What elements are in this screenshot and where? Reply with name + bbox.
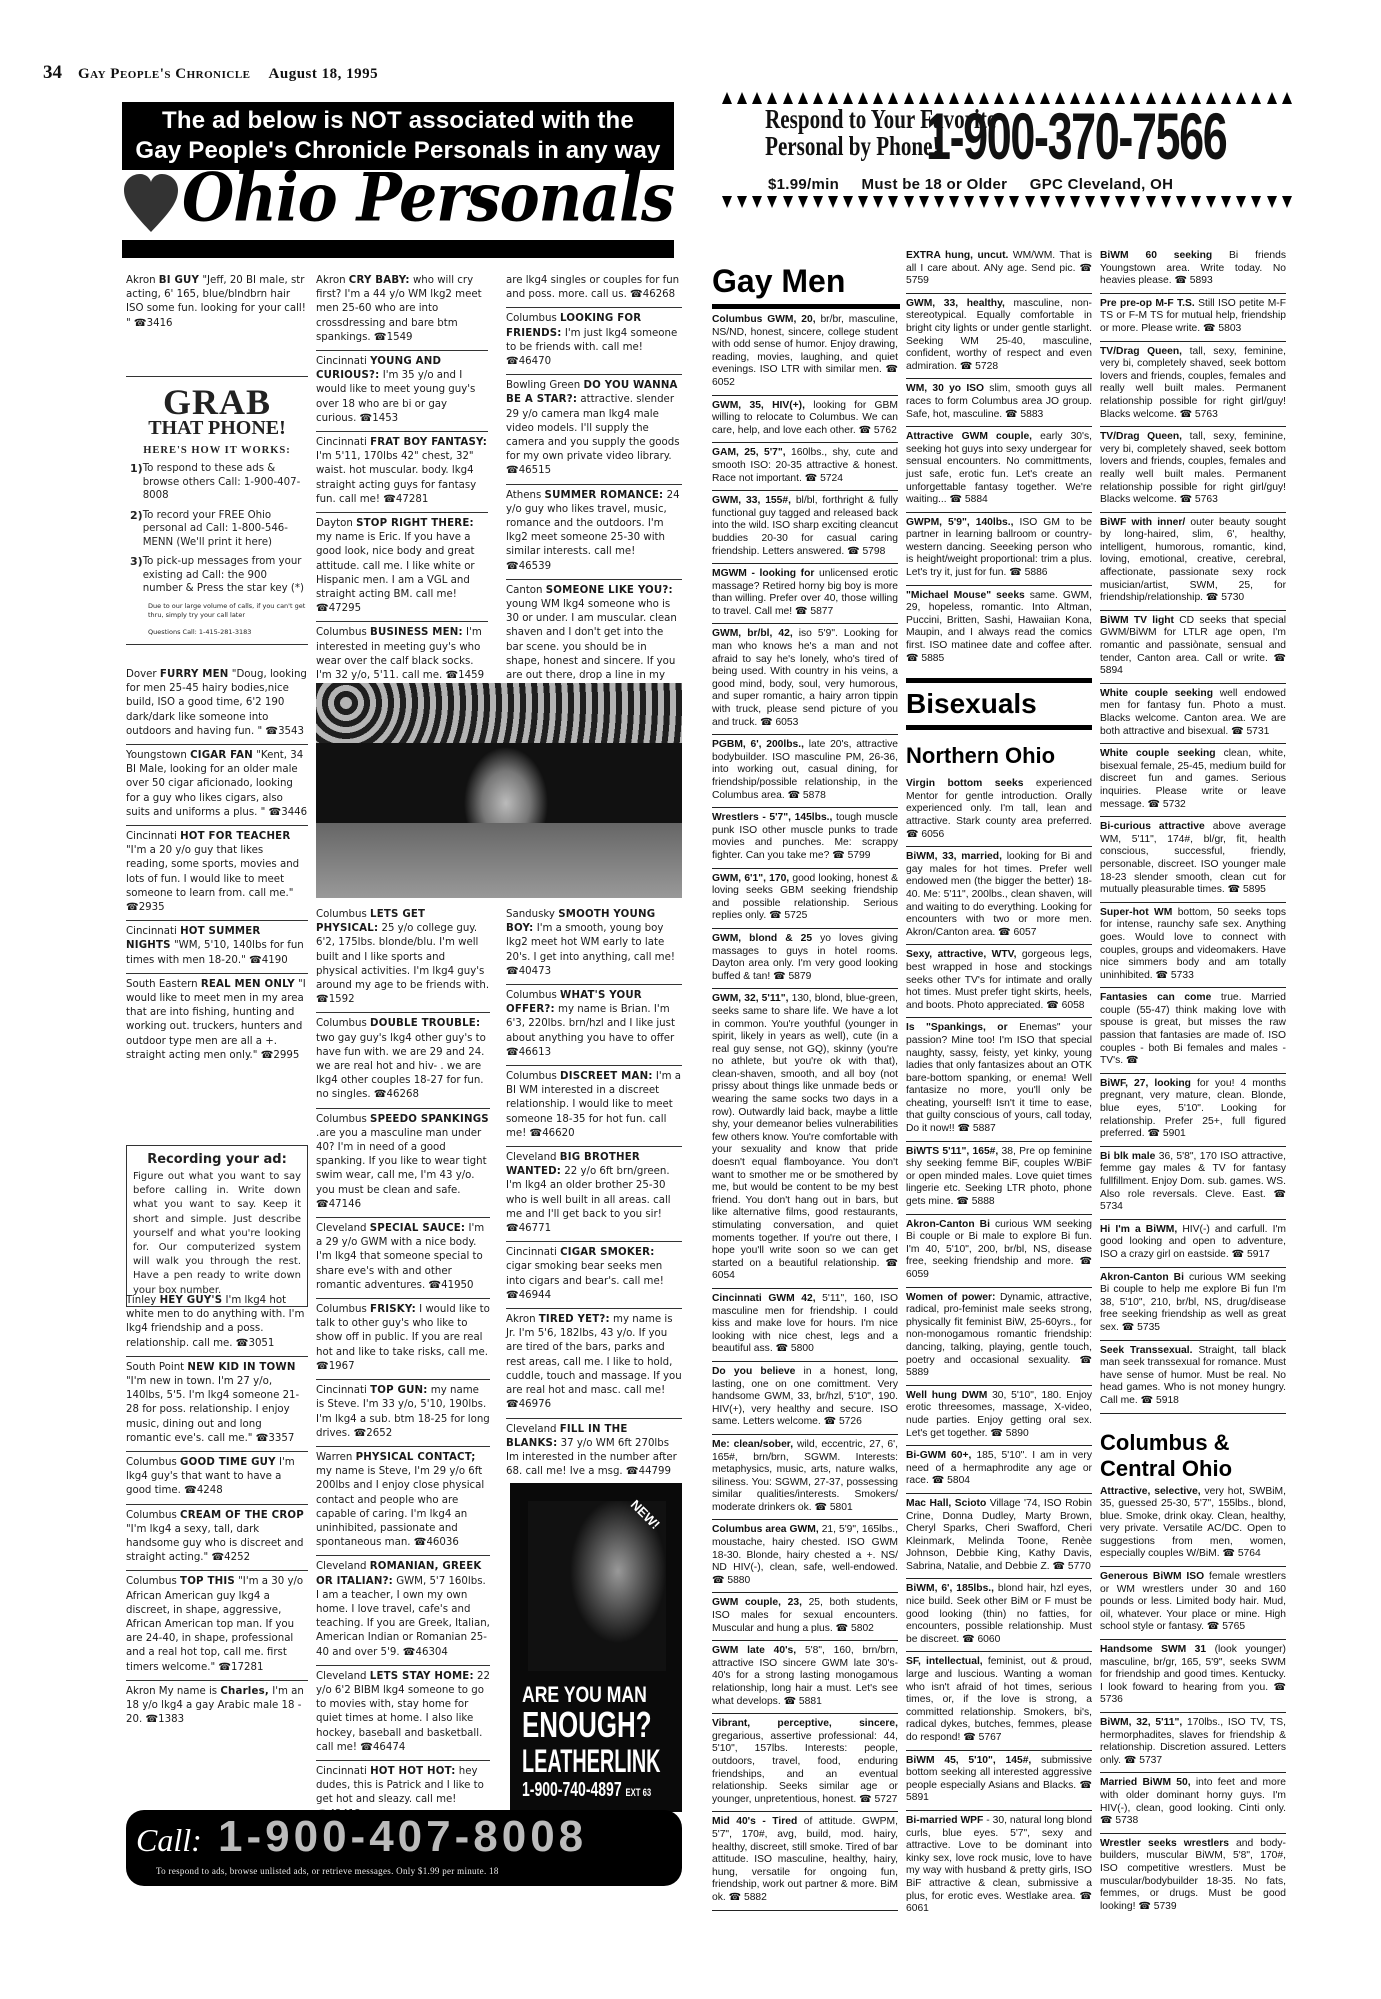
respond-line-2: Personal by Phone! — [765, 133, 925, 160]
phone-icon: ☎ — [814, 1502, 826, 1513]
gpc-ad: EXTRA hung, uncut. WM/WM. That is all I … — [906, 246, 1092, 294]
phone-icon: ☎ — [1207, 1621, 1219, 1632]
ad-lead: Pre pre-op M-F T.S. — [1100, 298, 1195, 309]
ad-headline: FRAT BOY FANTASY: — [370, 437, 487, 448]
ad-lead: Virgin bottom seeks — [906, 778, 1023, 789]
ad-lead: Well hung DWM — [906, 1390, 987, 1401]
ad-city: Columbus — [506, 313, 557, 324]
ohio-col1-bot: Tinley HEY GUY'S I'm lkg4 hot white men … — [126, 1290, 308, 1732]
call-banner-subtext: To respond to ads, browse unlisted ads, … — [156, 1866, 499, 1876]
ad-box-number: 5801 — [830, 1502, 853, 1513]
ad-box-number: 5735 — [1137, 1322, 1160, 1333]
gay-men-col2: EXTRA hung, uncut. WM/WM. That is all I … — [906, 246, 1092, 1921]
ad-city: Columbus — [506, 1071, 557, 1082]
personal-ad: Columbus GOOD TIME GUY I'm lkg4 guy's th… — [126, 1452, 308, 1505]
phone-icon: ☎ — [788, 790, 800, 801]
gpc-ad: MGWM - looking for unlicensed erotic mas… — [712, 564, 898, 624]
phone-icon: ☎ — [1080, 1891, 1092, 1902]
ad-lead: Attractive, selective, — [1100, 1486, 1201, 1497]
gpc-ad: Bi-curious attractive above average WM, … — [1100, 817, 1286, 903]
ad-body: two gay guy's lkg4 other guy's to have f… — [316, 1033, 486, 1101]
ad-city: Cincinnati — [316, 437, 367, 448]
ad-box-number: 5887 — [973, 1123, 996, 1134]
ad-headline: CIGAR FAN — [190, 750, 253, 761]
ad-box-number: 5724 — [820, 473, 843, 484]
ad-lead: Hi I'm a BiWM, — [1100, 1224, 1177, 1235]
personal-ad: Akron CRY BABY: who will cry first? I'm … — [316, 270, 488, 351]
ad-city: Columbus — [316, 909, 367, 920]
phone-icon: ☎ — [1141, 1395, 1153, 1406]
ad-box-number: 5738 — [1115, 1815, 1138, 1826]
gpc-ad: GWM, 33, healthy, masculine, non-stereot… — [906, 294, 1092, 380]
how-it-works: HERE'S HOW IT WORKS: — [126, 445, 308, 456]
ad-headline: CRY BABY: — [349, 275, 410, 286]
personal-ad: Sandusky SMOOTH YOUNG BOY: I'm a smooth,… — [506, 904, 682, 985]
recording-body: Figure out what you want to say before c… — [133, 1170, 301, 1298]
gpc-ad: GWM, br/bl, 42, iso 5'9". Looking for ma… — [712, 624, 898, 735]
ad-headline: FRISKY: — [370, 1304, 416, 1315]
phone-icon: ☎ — [1203, 323, 1215, 334]
gpc-ad: Women of power: Dynamic, attractive, rad… — [906, 1288, 1092, 1386]
phone-icon: ☎ — [1231, 726, 1243, 737]
ad-city: South Point — [126, 1362, 184, 1373]
phone-icon: ☎ — [784, 1696, 796, 1707]
ad-lead: BiWM 60 seeking — [1100, 250, 1212, 261]
gpc-ad: "Michael Mouse" seeks same. GWM, 29, hop… — [906, 586, 1092, 671]
ad-city: Cincinnati — [126, 831, 177, 842]
gpc-ad: Bi blk male 36, 5'8", 170 ISO attractive… — [1100, 1147, 1286, 1220]
questions-line: Questions Call: 1-415-281-3183 — [126, 628, 308, 636]
phone-icon: ☎ — [1009, 567, 1021, 578]
gpc-ad: GWM, 33, 155#, bl/bl, forthright & fully… — [712, 491, 898, 564]
personal-ad: Akron BI GUY "Jeff, 20 BI male, str acti… — [126, 270, 308, 336]
ad-box-number: 5767 — [979, 1732, 1002, 1743]
ad-lead: White couple seeking — [1100, 748, 1216, 759]
ad-box-number: 5762 — [874, 425, 897, 436]
phone-icon: ☎ — [956, 1196, 968, 1207]
ad-lead: GWM, 33, healthy, — [906, 298, 1005, 309]
step-number: 1) — [126, 462, 143, 503]
ad-headline: FURRY MEN — [160, 669, 229, 680]
ad-box-number: 6059 — [906, 1269, 929, 1280]
personal-ad: Columbus LETS GET PHYSICAL: 25 y/o colle… — [316, 904, 490, 1013]
phone-icon: ☎ — [1005, 409, 1017, 420]
phone-icon: ☎ — [1138, 1901, 1150, 1912]
ad-box-number: 5798 — [862, 546, 885, 557]
ad-headline: Charles, — [220, 1686, 269, 1697]
ad-lead: BiWF, 27, looking — [1100, 1078, 1191, 1089]
ad-lead: GWM, 33, 155#, — [712, 495, 791, 506]
ad-body: I'm 5'11, 170lbs 42" chest, 32" waist. h… — [316, 451, 476, 505]
ad-body: my name is Eric. If you have a good look… — [316, 532, 475, 614]
ad-lead: Bi blk male — [1100, 1151, 1155, 1162]
ad-lead: GWM, br/bl, 42, — [712, 628, 793, 639]
ad-body: outer beauty sought by long-haired, slim… — [1100, 517, 1286, 604]
ad-lead: BiWTS 5'11", 165#, — [906, 1146, 998, 1157]
ad-body: GWM, 5'7 160lbs. I am a teacher, I own m… — [316, 1576, 490, 1658]
ad-city: Cleveland — [316, 1561, 367, 1572]
ad-box-number: 5804 — [947, 1475, 970, 1486]
phone-icon: ☎ — [712, 1575, 724, 1586]
personal-ad: Columbus CREAM OF THE CROP "I'm lkg4 a s… — [126, 1505, 308, 1572]
ad-headline: GOOD TIME GUY — [180, 1457, 276, 1468]
ad-body: Village '74, ISO Robin Crine, Donna Dudl… — [906, 1498, 1092, 1572]
personal-ad: Cincinnati TOP GUN: my name is Steve. I'… — [316, 1380, 490, 1447]
gpc-ad: Mid 40's - Tired of attitude. GWPM, 5'7"… — [712, 1812, 898, 1910]
personal-ad: Youngstown CIGAR FAN "Kent, 34 BI Male, … — [126, 745, 308, 826]
ad-box-number: 5726 — [839, 1416, 862, 1427]
ad-lead: GWPM, 5'9", 140lbs., — [906, 517, 1014, 528]
step-text: To record your FREE Ohio personal ad Cal… — [143, 509, 308, 550]
ad-lead: Bi-curious attractive — [1100, 821, 1205, 832]
ad-box-number: 5800 — [791, 1343, 814, 1354]
gpc-ad: Pre pre-op M-F T.S. Still ISO petite M-F… — [1100, 294, 1286, 342]
age-requirement: Must be 18 or Older — [862, 176, 1008, 193]
grab-step: 3)To pick-up messages from your existing… — [126, 555, 308, 596]
gpc-ad: GWM, 6'1", 170, good looking, honest & l… — [712, 869, 898, 929]
phone-icon: ☎ — [795, 606, 807, 617]
ad-body: .are you a masculine man under 40? I'm i… — [316, 1128, 487, 1210]
gpc-ad: White couple seeking well endowed men fo… — [1100, 684, 1286, 744]
phone-icon: ☎ — [760, 717, 772, 728]
gpc-ad: Fantasies can come true. Married couple … — [1100, 988, 1286, 1074]
phone-icon: ☎ — [1148, 1128, 1160, 1139]
ad-box-number: 5727 — [874, 1794, 897, 1805]
call-banner-main: Call: 1-900-407-8008 — [136, 1814, 587, 1863]
call-label: Call: — [136, 1822, 202, 1858]
personal-ad: Akron TIRED YET?: my name is Jr. I'm 5'6… — [506, 1309, 682, 1418]
phone-icon: ☎ — [836, 1623, 848, 1634]
ad-lead: Bi-married WPF — [906, 1815, 983, 1826]
ad-lead: Handsome SWM 31 — [1100, 1644, 1206, 1655]
respond-phone-number[interactable]: 1-900-370-7566 — [926, 104, 1226, 168]
gpc-ad: Sexy, attractive, WTV, gorgeous legs, be… — [906, 945, 1092, 1018]
personal-ad: Columbus DISCREET MAN: I'm a BI WM inter… — [506, 1066, 682, 1147]
ad-city: Cleveland — [506, 1152, 557, 1163]
gpc-ad: BiWM, 32, 5'11", 170lbs., ISO TV, TS, he… — [1100, 1713, 1286, 1773]
ad-box-number: 6061 — [906, 1903, 929, 1914]
ad-lead: Women of power: — [906, 1292, 995, 1303]
gpc-ad: Mac Hall, Scioto Village '74, ISO Robin … — [906, 1494, 1092, 1580]
phone-icon: ☎ — [950, 494, 962, 505]
ad-body: "I'm lkg4 a sexy, tall, dark handsome gu… — [126, 1524, 304, 1563]
gpc-ad: Generous BiWM ISO female wrestlers or WM… — [1100, 1567, 1286, 1640]
ad-lead: Mac Hall, Scioto — [906, 1498, 986, 1509]
ad-lead: GWM couple, 23, — [712, 1597, 802, 1608]
ad-lead: WM, 30 yo ISO — [906, 383, 984, 394]
ad-city: Cincinnati — [126, 926, 177, 937]
gpc-ad: BiWM, 33, married, looking for Bi and ga… — [906, 847, 1092, 945]
ad-city: Tinley — [126, 1295, 156, 1306]
ad-box-number: 5763 — [1195, 409, 1218, 420]
ad-lead: "Michael Mouse" seeks — [906, 590, 1025, 601]
ad-lead: White couple seeking — [1100, 688, 1213, 699]
ad-body: looking for Bi and gay males for hot tim… — [906, 851, 1092, 938]
ad-headline: BUSINESS MEN: — [370, 627, 463, 638]
grab-step: 2)To record your FREE Ohio personal ad C… — [126, 509, 308, 550]
gpc-ad: WM, 30 yo ISO slim, smooth guys all race… — [906, 379, 1092, 427]
ad-body: Enemas" your passion? Mine too! I'm ISO … — [906, 1022, 1092, 1134]
ad-lead: GWM, 35, HIV(+), — [712, 400, 805, 411]
section-title-bisexuals: Bisexuals — [906, 685, 1092, 723]
step-text: To pick-up messages from your existing a… — [143, 555, 308, 596]
ad-headline: HOT HOT HOT: — [370, 1766, 455, 1777]
ad-box-number: 5764 — [1238, 1548, 1261, 1559]
phone-icon: ☎ — [960, 361, 972, 372]
gpc-ad: TV/Drag Queen, tall, sexy, feminine, ver… — [1100, 342, 1286, 428]
phone-icon: ☎ — [1124, 1755, 1136, 1766]
personal-ad: Dover FURRY MEN "Doug, looking for men 2… — [126, 664, 308, 745]
gpc-ad: Bi-married WPF - 30, natural long blond … — [906, 1811, 1092, 1921]
section-title-gay-men: Gay Men — [712, 262, 900, 300]
phone-icon: ☎ — [1080, 1256, 1092, 1267]
ad-box-number: 5890 — [1006, 1428, 1029, 1439]
personal-ad: Tinley HEY GUY'S I'm lkg4 hot white men … — [126, 1290, 308, 1357]
ad-lead: Super-hot WM — [1100, 907, 1172, 918]
phone-icon: ☎ — [990, 1428, 1002, 1439]
personal-ad: Columbus LOOKING FOR FRIENDS: I'm just l… — [506, 308, 682, 375]
ad-lead: BiWM TV light — [1100, 615, 1174, 626]
gpc-ad: Me: clean/sober, wild, eccentric, 27, 6'… — [712, 1435, 898, 1521]
ad-body: my name is Jr. I'm 5'6, 182lbs, 43 y/o. … — [506, 1314, 682, 1410]
phone-icon: ☎ — [1156, 970, 1168, 981]
ad-box-number: 5886 — [1025, 567, 1048, 578]
ad-lead: Akron-Canton Bi — [1100, 1272, 1184, 1283]
ad-city: Youngstown — [126, 750, 187, 761]
ad-headline: SPECIAL SAUCE: — [370, 1223, 465, 1234]
gpc-ad: GWM, 35, HIV(+), looking for GBM willing… — [712, 396, 898, 444]
ad-lead: Wrestler seeks wrestlers — [1100, 1838, 1229, 1849]
page-number: 34 — [43, 62, 62, 83]
gpc-ad: Do you believe in a honest, long, lastin… — [712, 1362, 898, 1435]
gpc-ad: GAM, 25, 5'7", 160lbs., shy, cute and sm… — [712, 443, 898, 491]
personal-ad: Cincinnati CIGAR SMOKER: cigar smoking b… — [506, 1242, 682, 1309]
ad-lead: GAM, 25, 5'7", — [712, 447, 786, 458]
ad-city: Columbus — [316, 1304, 367, 1315]
ad-body: young WM lkg4 someone who is 30 or under… — [506, 599, 677, 695]
ad-lead: Columbus GWM, 20, — [712, 314, 816, 325]
gpc-ad: Cincinnati GWM 42, 5'11", 160, ISO mascu… — [712, 1289, 898, 1362]
ad-lead: Married BiWM 50, — [1100, 1777, 1191, 1788]
leatherlink-phone[interactable]: 1-900-740-4897 — [522, 1779, 622, 1801]
ad-headline: CIGAR SMOKER: — [560, 1247, 654, 1258]
ad-box-number: 6060 — [977, 1634, 1000, 1645]
phone-icon: ☎ — [1232, 1249, 1244, 1260]
phone-icon: ☎ — [886, 1258, 898, 1269]
ad-box-number: 5881 — [799, 1696, 822, 1707]
phone-icon: ☎ — [1222, 1548, 1234, 1559]
personal-ad: Cincinnati HOT FOR TEACHER "I'm a 20 y/o… — [126, 826, 308, 921]
personal-ad: are lkg4 singles or couples for fun and … — [506, 270, 682, 308]
ad-box-number: 5759 — [906, 275, 929, 286]
step-number: 2) — [126, 509, 143, 550]
gpc-ad: BiWM 45, 5'10", 145#, submissive bottom … — [906, 1751, 1092, 1811]
ad-box-number: 5917 — [1247, 1249, 1270, 1260]
gpc-ad: BiWM, 6', 185lbs., blond hair, hzl eyes,… — [906, 1579, 1092, 1652]
ad-headline: CREAM OF THE CROP — [180, 1510, 304, 1521]
gpc-ad: Akron-Canton Bi curious WM seeking Bi co… — [906, 1215, 1092, 1288]
ohio-col1-mid: Dover FURRY MEN "Doug, looking for men 2… — [126, 664, 308, 1068]
call-phone-number[interactable]: 1-900-407-8008 — [218, 1812, 587, 1861]
ad-box-number: 5879 — [788, 971, 811, 982]
ad-box-number: 6053 — [775, 717, 798, 728]
personal-ad: Dayton STOP RIGHT THERE: my name is Eric… — [316, 513, 488, 622]
banner-location: GPC Cleveland, OH — [1030, 176, 1173, 193]
ad-lead: PGBM, 6', 200lbs., — [712, 739, 804, 750]
ad-city: Canton — [506, 585, 543, 596]
personal-ad: South Eastern REAL MEN ONLY "I would lik… — [126, 974, 308, 1068]
ad-box-number: 5878 — [803, 790, 826, 801]
ad-city: Columbus — [316, 1018, 367, 1029]
ad-lead: Wrestlers - 5'7", 145lbs., — [712, 812, 832, 823]
ad-city: Sandusky — [506, 909, 555, 920]
personal-ad: Columbus TOP THIS "I'm a 30 y/o African … — [126, 1571, 308, 1680]
gpc-ad: Virgin bottom seeks experienced Mentor f… — [906, 774, 1092, 847]
ad-box-number: 5882 — [744, 1892, 767, 1903]
ad-city: Cincinnati — [506, 1247, 557, 1258]
ad-box-number: 5737 — [1139, 1755, 1162, 1766]
ad-body: my name is Steve, I'm 29 y/o 6ft 200lbs … — [316, 1466, 484, 1548]
ad-city: Warren — [316, 1452, 352, 1463]
ad-body: - 30, natural long blond curls, blue eye… — [906, 1815, 1092, 1902]
ad-headline: PHYSICAL CONTACT; — [356, 1452, 476, 1463]
logo-underline-bar — [122, 240, 674, 258]
ad-box-number: 5885 — [921, 653, 944, 664]
phone-icon: ☎ — [958, 1123, 970, 1134]
ad-body: attractive. slender 29 y/o camera man lk… — [506, 394, 680, 476]
grab-title: GRAB — [126, 387, 308, 417]
phone-icon: ☎ — [859, 1794, 871, 1805]
leatherlink-phone-line: 1-900-740-4897 EXT 63 — [522, 1779, 651, 1804]
ad-headline: TIRED YET?: — [539, 1314, 610, 1325]
ohio-col3-top: are lkg4 singles or couples for fun and … — [506, 270, 682, 702]
personal-ad: Cleveland SPECIAL SAUCE: I'm a 29 y/o GW… — [316, 1218, 490, 1299]
issue-date: August 18, 1995 — [269, 66, 379, 82]
personals-photo — [316, 683, 682, 898]
call-banner: Call: 1-900-407-8008 To respond to ads, … — [126, 1810, 682, 1886]
ad-box-number: 5893 — [1190, 275, 1213, 286]
gpc-ad: TV/Drag Queen, tall, sexy, feminine, ver… — [1100, 427, 1286, 513]
ad-lead: EXTRA hung, uncut. — [906, 250, 1008, 261]
ad-box-number: 5891 — [906, 1792, 929, 1803]
ad-lead: TV/Drag Queen, — [1100, 346, 1182, 357]
ad-city: Columbus — [126, 1576, 177, 1587]
ad-box-number: 5918 — [1156, 1395, 1179, 1406]
grab-that-phone-box: GRAB THAT PHONE! HERE'S HOW IT WORKS: 1)… — [126, 376, 308, 645]
gpc-ad: BiWF with inner/ outer beauty sought by … — [1100, 513, 1286, 611]
gpc-ad: Hi I'm a BiWM, HIV(-) and carfull. I'm g… — [1100, 1220, 1286, 1268]
ad-lead: Seek Transsexual. — [1100, 1345, 1192, 1356]
ad-lead: TV/Drag Queen, — [1100, 431, 1182, 442]
phone-icon: ☎ — [1080, 1355, 1092, 1366]
gpc-ad: Super-hot WM bottom, 50 seeks tops for i… — [1100, 903, 1286, 989]
gpc-ad: GWM late 40's, 5'8", 160, brn/brn, attra… — [712, 1641, 898, 1714]
ad-body: 130, blond, blue-green, seeks same to sh… — [712, 993, 898, 1268]
phone-icon: ☎ — [1126, 1055, 1138, 1066]
ohio-col1-top: Akron BI GUY "Jeff, 20 BI male, str acti… — [126, 270, 308, 336]
personal-ad: Cincinnati HOT SUMMER NIGHTS "WM, 5'10, … — [126, 921, 308, 974]
personal-ad: Cleveland ROMANIAN, GREEK OR ITALIAN?: G… — [316, 1556, 490, 1665]
leatherlink-ad: NEW! ARE YOU MAN ENOUGH? LEATHERLINK 1-9… — [510, 1483, 682, 1812]
ad-box-number: 5880 — [727, 1575, 750, 1586]
ad-city: Cincinnati — [316, 1766, 367, 1777]
ad-lead: Cincinnati GWM 42, — [712, 1293, 816, 1304]
ad-box-number: 5888 — [972, 1196, 995, 1207]
phone-icon: ☎ — [1228, 884, 1240, 895]
ad-body: 24 y/o guy who likes travel, music, roma… — [506, 490, 680, 572]
gpc-ad: Columbus area GWM, 21, 5'9", 165lbs., mo… — [712, 1520, 898, 1593]
ad-box-number: 5895 — [1243, 884, 1266, 895]
ad-city: Columbus — [126, 1510, 177, 1521]
ad-body: tall, sexy, feminine, very bi, completel… — [1100, 431, 1286, 505]
phone-icon: ☎ — [1122, 1322, 1134, 1333]
ad-box-number: 5884 — [965, 494, 988, 505]
phone-icon: ☎ — [859, 425, 871, 436]
ad-box-number: 5730 — [1221, 592, 1244, 603]
columbus-title-line-1: Columbus & — [1100, 1430, 1286, 1456]
page-header: 34 Gay People's Chronicle August 18, 199… — [43, 62, 663, 88]
ad-city: Columbus — [316, 627, 367, 638]
recording-title: Recording your ad: — [133, 1152, 301, 1167]
section-rule — [906, 725, 1092, 730]
section-rule — [712, 304, 900, 309]
ad-city: Cincinnati — [316, 1385, 367, 1396]
phone-icon: ☎ — [1174, 275, 1186, 286]
gpc-ad: Wrestlers - 5'7", 145lbs., tough muscle … — [712, 808, 898, 868]
ad-city: Cleveland — [316, 1223, 367, 1234]
ad-box-number: 6054 — [712, 1270, 735, 1281]
personal-ad: Akron My name is Charles, I'm an 18 y/o … — [126, 1681, 308, 1733]
subsection-northern-ohio: Northern Ohio — [906, 742, 1092, 770]
personal-ad: Cleveland LETS STAY HOME: 22 y/o 6'2 BIB… — [316, 1666, 490, 1761]
gpc-ad: Akron-Canton Bi curious WM seeking Bi co… — [1100, 1268, 1286, 1341]
ad-body: "I'm a 20 y/o guy that likes reading, so… — [126, 845, 299, 913]
ad-box-number: 5770 — [1068, 1561, 1091, 1572]
phone-icon: ☎ — [886, 364, 898, 375]
gpc-ad: SF, intellectual, feminist, out & proud,… — [906, 1652, 1092, 1750]
ad-box-number: 5894 — [1100, 665, 1123, 676]
gay-men-section: Gay Men — [712, 262, 900, 309]
ad-prefix: My name is — [159, 1686, 217, 1697]
personal-ad: Bowling Green DO YOU WANNA BE A STAR?: a… — [506, 375, 682, 484]
ohio-col2-top: Akron CRY BABY: who will cry first? I'm … — [316, 270, 488, 688]
ad-body: 25 y/o college guy. 6'2, 175lbs. blonde/… — [316, 923, 489, 1005]
gpc-ad: White couple seeking clean, white, bisex… — [1100, 744, 1286, 817]
gpc-ad: Seek Transsexual. Straight, tall black m… — [1100, 1341, 1286, 1414]
ad-headline: HOT FOR TEACHER — [180, 831, 290, 842]
gpc-ad: Married BiWM 50, into feet and more with… — [1100, 1773, 1286, 1833]
ad-box-number: 5763 — [1195, 494, 1218, 505]
personal-ad: Athens SUMMER ROMANCE: 24 y/o guy who li… — [506, 485, 682, 580]
recording-your-ad-box: Recording your ad: Figure out what you w… — [126, 1145, 308, 1307]
phone-icon: ☎ — [1053, 1561, 1065, 1572]
ad-box-number: 5725 — [784, 910, 807, 921]
respond-by-phone-text: Respond to Your Favorite Personal by Pho… — [765, 106, 925, 160]
ad-city: Cleveland — [316, 1671, 367, 1682]
grab-step: 1)To respond to these ads & browse other… — [126, 462, 308, 503]
ad-lead: Columbus area GWM, — [712, 1524, 819, 1535]
personal-ad: Columbus BUSINESS MEN: I'm interested in… — [316, 622, 488, 688]
ad-city: Dayton — [316, 518, 353, 529]
ad-box-number: 5732 — [1163, 799, 1186, 810]
phone-icon: ☎ — [1274, 653, 1286, 664]
ad-lead: GWM, blond & 25 — [712, 933, 812, 944]
ad-box-number: 6058 — [1062, 1000, 1085, 1011]
ad-lead: Mid 40's - Tired — [712, 1816, 797, 1827]
ad-headline: SUMMER ROMANCE: — [545, 490, 664, 501]
subsection-columbus: Columbus & Central Ohio — [1100, 1430, 1286, 1482]
gpc-ad: Columbus GWM, 20, br/br, masculine, NS/N… — [712, 310, 898, 396]
